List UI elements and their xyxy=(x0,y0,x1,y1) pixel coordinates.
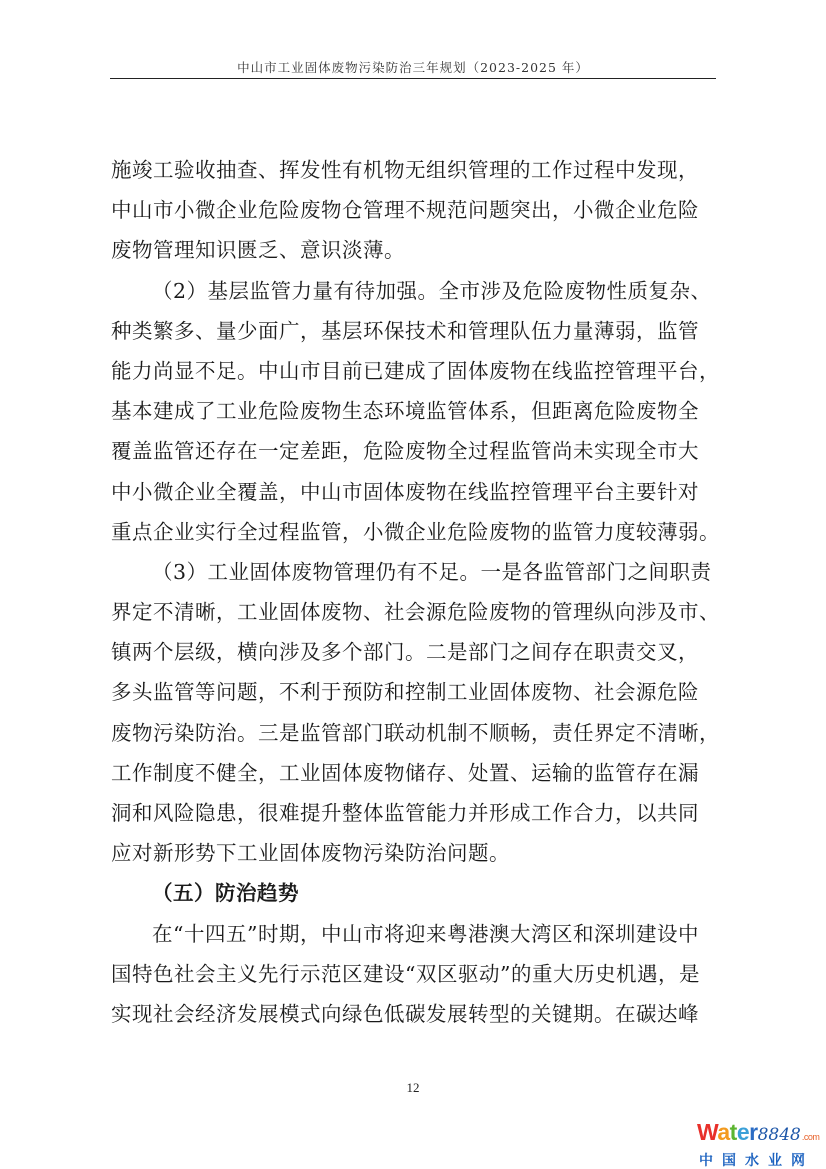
watermark-wordmark: Water8848.com xyxy=(697,1121,822,1149)
text-line: 能力尚显不足。中山市目前已建成了固体废物在线监控管理平台， xyxy=(111,351,717,391)
text-line: 工作制度不健全，工业固体废物储存、处置、运输的监管存在漏 xyxy=(111,753,717,793)
section-heading: （五）防治趋势 xyxy=(111,873,717,913)
text-line: 应对新形势下工业固体废物污染防治问题。 xyxy=(111,833,717,873)
watermark-domain-suffix: .com xyxy=(802,1132,820,1142)
text-line: 中小微企业全覆盖，中山市固体废物在线监控管理平台主要针对 xyxy=(111,472,717,512)
watermark-letter: W xyxy=(697,1119,717,1145)
paragraph-start-line: （3）工业固体废物管理仍有不足。一是各监管部门之间职责 xyxy=(111,552,717,592)
paragraph-start-line: （2）基层监管力量有待加强。全市涉及危险废物性质复杂、 xyxy=(111,271,717,311)
text-line: 重点企业实行全过程监管，小微企业危险废物的监管力度较薄弱。 xyxy=(111,512,717,552)
text-line: 废物污染防治。三是监管部门联动机制不顺畅，责任界定不清晰， xyxy=(111,713,717,753)
running-header: 中山市工业固体废物污染防治三年规划（2023-2025 年） xyxy=(110,58,716,78)
text-line: 覆盖监管还存在一定差距，危险废物全过程监管尚未实现全市大 xyxy=(111,431,717,471)
text-line: 界定不清晰，工业固体废物、社会源危险废物的管理纵向涉及市、 xyxy=(111,592,717,632)
watermark-letter: r xyxy=(749,1119,757,1145)
text-line: 洞和风险隐患，很难提升整体监管能力并形成工作合力，以共同 xyxy=(111,793,717,833)
watermark-logo: Water8848.com 中国水业网 xyxy=(697,1121,822,1169)
paragraph-start-line: 在“十四五”时期，中山市将迎来粤港澳大湾区和深圳建设中 xyxy=(111,914,717,954)
text-line: 镇两个层级，横向涉及多个部门。二是部门之间存在职责交叉， xyxy=(111,632,717,672)
header-rule xyxy=(110,78,716,79)
text-line: 实现社会经济发展模式向绿色低碳发展转型的关键期。在碳达峰 xyxy=(111,994,717,1034)
text-line: 废物管理知识匮乏、意识淡薄。 xyxy=(111,230,717,270)
text-line: 中山市小微企业危险废物仓管理不规范问题突出，小微企业危险 xyxy=(111,190,717,230)
text-line: 多头监管等问题，不利于预防和控制工业固体废物、社会源危险 xyxy=(111,672,717,712)
watermark-number: 8848 xyxy=(758,1125,801,1145)
text-line: 施竣工验收抽查、挥发性有机物无组织管理的工作过程中发现， xyxy=(111,150,717,190)
watermark-letter: t xyxy=(730,1119,737,1145)
body-text: 施竣工验收抽查、挥发性有机物无组织管理的工作过程中发现， 中山市小微企业危险废物… xyxy=(111,150,717,1034)
watermark-letter: a xyxy=(717,1119,729,1145)
watermark-chinese-name: 中国水业网 xyxy=(697,1150,822,1169)
watermark-letter: e xyxy=(737,1119,749,1145)
text-line: 基本建成了工业危险废物生态环境监管体系，但距离危险废物全 xyxy=(111,391,717,431)
text-line: 种类繁多、量少面广，基层环保技术和管理队伍力量薄弱，监管 xyxy=(111,311,717,351)
text-line: 国特色社会主义先行示范区建设“双区驱动”的重大历史机遇，是 xyxy=(111,954,717,994)
page-number: 12 xyxy=(0,1080,826,1096)
